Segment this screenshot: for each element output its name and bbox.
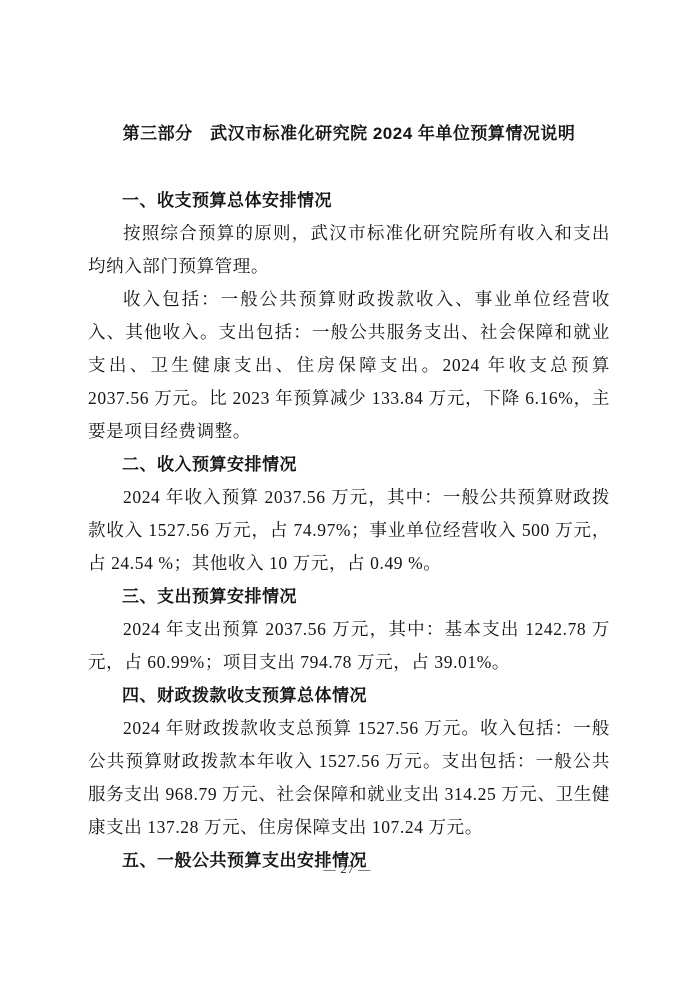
section-heading: 三、支出预算安排情况: [88, 580, 610, 613]
document-page: 第三部分 武汉市标准化研究院 2024 年单位预算情况说明 一、收支预算总体安排…: [0, 0, 695, 983]
page-number: — 27 —: [0, 862, 695, 877]
paragraph: 2024 年财政拨款收支总预算 1527.56 万元。收入包括：一般公共预算财政…: [88, 712, 610, 844]
paragraph: 2024 年收入预算 2037.56 万元，其中：一般公共预算财政拨款收入 15…: [88, 481, 610, 580]
paragraph: 2024 年支出预算 2037.56 万元，其中：基本支出 1242.78 万元…: [88, 613, 610, 679]
section-heading: 四、财政拨款收支预算总体情况: [88, 679, 610, 712]
paragraph: 按照综合预算的原则，武汉市标准化研究院所有收入和支出均纳入部门预算管理。: [88, 217, 610, 283]
section-heading: 二、收入预算安排情况: [88, 448, 610, 481]
paragraph: 收入包括：一般公共预算财政拨款收入、事业单位经营收入、其他收入。支出包括：一般公…: [88, 283, 610, 448]
document-title: 第三部分 武汉市标准化研究院 2024 年单位预算情况说明: [88, 117, 610, 150]
section-heading: 一、收支预算总体安排情况: [88, 184, 610, 217]
document-body: 一、收支预算总体安排情况按照综合预算的原则，武汉市标准化研究院所有收入和支出均纳…: [88, 184, 610, 877]
